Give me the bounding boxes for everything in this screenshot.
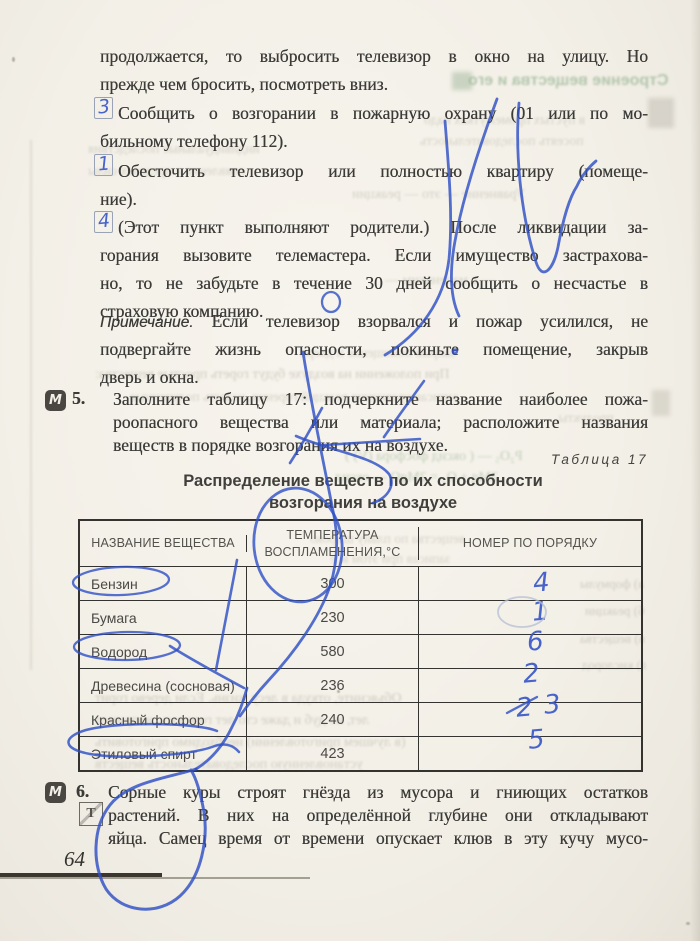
- paper-speck: [337, 690, 340, 693]
- text-line: Заполните таблицу 17: подчеркните назван…: [113, 389, 648, 410]
- handwritten-order-number: 6: [526, 628, 545, 655]
- note-label: Примечание.: [100, 314, 194, 331]
- footer-rule-thin: [0, 877, 310, 879]
- substance-name-cell: Бумага: [80, 601, 247, 634]
- methodical-marker-icon: М: [45, 782, 66, 803]
- text-line: растений. В них на определённой глубине …: [108, 805, 648, 826]
- text-line: дверь и окна.: [100, 367, 648, 388]
- table-header-row: НАЗВАНИЕ ВЕЩЕСТВАТЕМПЕРАТУРАВОСПЛАМЕНЕНИ…: [80, 521, 641, 566]
- handwritten-order-number: 2: [522, 660, 541, 687]
- handwritten-order-number: 3: [543, 691, 562, 718]
- ignition-temp-cell: 423: [247, 737, 419, 770]
- handwritten-digit: 4: [97, 212, 111, 232]
- ignition-temp-cell: 240: [247, 703, 419, 736]
- ignition-temp-cell: 230: [247, 601, 419, 634]
- paper-speck: [12, 57, 15, 62]
- table-title-line2: возгорания на воздухе: [88, 494, 638, 513]
- table-row: Бумага230: [80, 600, 641, 634]
- handwritten-digit: 3: [97, 98, 111, 118]
- text-line: яйца. Самец время от времени опускает кл…: [108, 828, 648, 849]
- text-line: (Этот пункт выполняют родители.) После л…: [118, 217, 648, 238]
- table-row: Водород580: [80, 634, 641, 668]
- substances-table: НАЗВАНИЕ ВЕЩЕСТВАТЕМПЕРАТУРАВОСПЛАМЕНЕНИ…: [78, 519, 643, 772]
- item-5-number: 5.: [72, 388, 85, 409]
- handwritten-order-number: 1: [531, 598, 550, 625]
- substance-name-cell: Бензин: [80, 567, 247, 600]
- text-line: подвергайте жизнь опасности, покиньте по…: [100, 339, 648, 360]
- page-crease: [30, 140, 32, 670]
- substance-name-cell: Древесина (сосновая): [80, 669, 247, 702]
- textbook-icon: Т: [79, 802, 103, 826]
- ignition-temp-cell: 236: [247, 669, 419, 702]
- order-number-cell: [419, 567, 641, 600]
- substance-name-cell: Водород: [80, 635, 247, 668]
- page-number: 64: [64, 847, 85, 872]
- item-6-number: 6.: [76, 781, 89, 802]
- text-line: продолжается, то выбросить телевизор в о…: [100, 46, 648, 67]
- handwritten-order-number: 5: [527, 726, 546, 753]
- table-caption: Таблица 17: [448, 452, 648, 467]
- bleedthrough-block: [648, 98, 674, 128]
- table-header-cell: НОМЕР ПО ПОРЯДКУ: [419, 535, 641, 552]
- table-row: Бензин300: [80, 566, 641, 600]
- table-header-cell: ТЕМПЕРАТУРАВОСПЛАМЕНЕНИЯ,°С: [247, 527, 419, 561]
- table-title-line1: Распределение веществ по их способности: [88, 472, 638, 491]
- ignition-temp-cell: 300: [247, 567, 419, 600]
- paper-speck: [686, 922, 690, 925]
- substance-name-cell: Этиловый спирт: [80, 737, 247, 770]
- text-line: горания вызовите телемастера. Если имуще…: [100, 245, 648, 266]
- handwritten-order-number: 4: [532, 569, 551, 596]
- text-line: Примечание. Если телевизор взорвался и п…: [100, 311, 648, 333]
- table-row: Этиловый спирт423: [80, 736, 641, 770]
- text-line: Обесточить телевизор или полностью кварт…: [118, 161, 648, 182]
- text-line: бильному телефону 112).: [100, 131, 648, 152]
- text-line: Сообщить о возгорании в пожарную охрану …: [118, 103, 648, 124]
- text-line: прежде чем бросить, посмотреть вниз.: [100, 74, 648, 95]
- text-line: ние).: [100, 189, 648, 210]
- text-line: роопасного вещества или материала; распо…: [113, 412, 648, 433]
- text-line: но, то не забудьте в течение 30 дней соо…: [100, 273, 648, 294]
- handwritten-order-number: 2: [515, 694, 534, 721]
- methodical-marker-icon: М: [45, 390, 66, 411]
- handwritten-digit: 1: [97, 155, 111, 175]
- workbook-page: Строение вещества и егов пустых промежут…: [0, 0, 700, 941]
- table-header-cell: НАЗВАНИЕ ВЕЩЕСТВА: [80, 535, 247, 552]
- ignition-temp-cell: 580: [247, 635, 419, 668]
- substance-name-cell: Красный фосфор: [80, 703, 247, 736]
- text-line: Сорные куры строят гнёзда из мусора и гн…: [108, 782, 648, 803]
- bleedthrough-block: [652, 390, 670, 416]
